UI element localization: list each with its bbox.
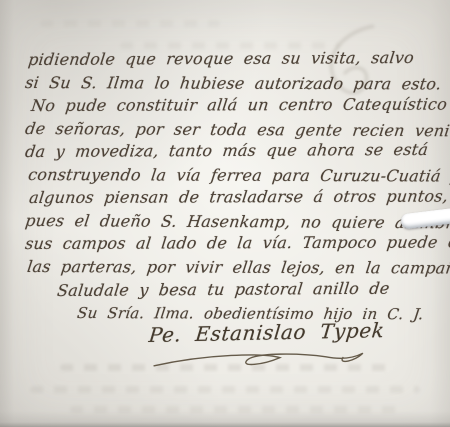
letter-line: si Su S. Ilma lo hubiese autorizado para…	[24, 73, 443, 94]
letter-line: pidiendole que revoque esa su visita, sa…	[27, 48, 415, 70]
letter-line: pues el dueño S. Hasenkamp, no quiere al…	[24, 211, 450, 233]
letter-line: de señoras, por ser toda esa gente recie…	[24, 119, 450, 141]
letter-line: algunos piensan de trasladarse á otros p…	[28, 187, 449, 208]
letter-line: construyendo la vía ferrea para Curuzu-C…	[27, 165, 450, 186]
letter-line: da y movediza, tanto más que ahora se es…	[24, 140, 429, 162]
letter-line: sus campos al lado de la vía. Tampoco pu…	[24, 232, 450, 254]
letter-line: No pude constituir allá un centro Catequ…	[30, 95, 448, 116]
closing-line: Saludale y besa tu pastoral anillo de	[56, 279, 391, 301]
letter-scan: pidiendole que revoque esa su visita, sa…	[0, 0, 450, 427]
letter-line: las parteras, por vivir ellas lejos, en …	[26, 257, 450, 279]
signature: Pe. Estanislao Typek	[148, 320, 386, 345]
signature-flourish	[150, 349, 368, 373]
